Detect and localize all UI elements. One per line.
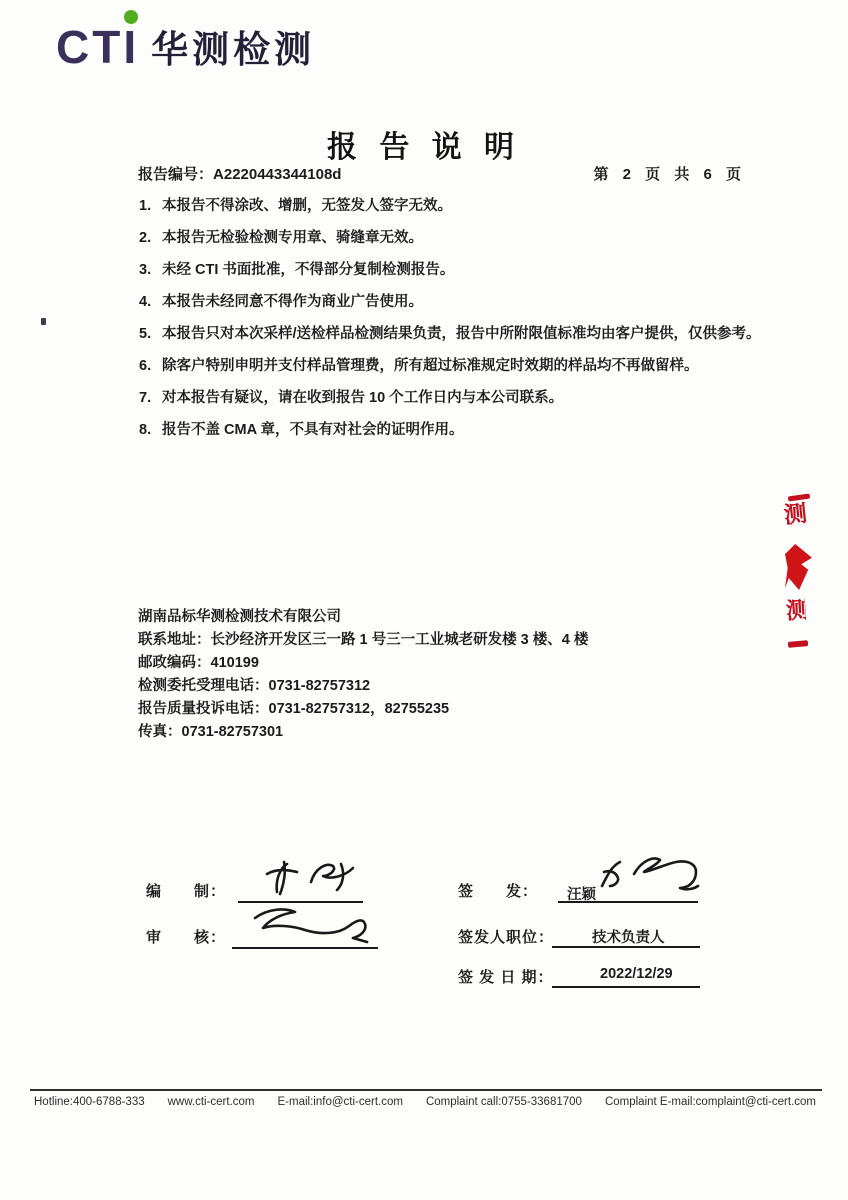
note-number: 7. — [139, 388, 153, 408]
footer-complaint-email: Complaint E-mail:complaint@cti-cert.com — [605, 1096, 816, 1108]
reviewed-by-signature — [243, 904, 373, 948]
stamp-char-bottom: 测 — [785, 598, 810, 623]
note-text: 对本报告有疑议，请在收到报告 10 个工作日内与本公司联系。 — [162, 388, 563, 408]
note-item: 2.本报告无检验检测专用章、骑缝章无效。 — [139, 228, 779, 260]
report-number-label: 报告编号： — [138, 166, 213, 183]
footer-hotline: Hotline:400-6788-333 — [34, 1096, 145, 1108]
note-item: 6.除客户特别申明并支付样品管理费，所有超过标准规定时效期的样品均不再做留样。 — [139, 356, 779, 388]
footer-contact-row: Hotline:400-6788-333 www.cti-cert.com E-… — [34, 1096, 816, 1108]
company-contact-block: 湖南品标华测检测技术有限公司 联系地址：长沙经济开发区三一路 1 号三一工业城老… — [138, 606, 588, 744]
company-name: 湖南品标华测检测技术有限公司 — [138, 606, 588, 629]
company-postcode: 邮政编码：410199 — [138, 652, 588, 675]
prepared-by-signature — [253, 856, 368, 902]
company-fax: 传真：0731-82757301 — [138, 721, 588, 744]
company-complaint-phone: 报告质量投诉电话：0731-82757312，82755235 — [138, 698, 588, 721]
cti-logo-i: I — [123, 21, 139, 73]
note-text: 未经 CTI 书面批准，不得部分复制检测报告。 — [162, 260, 454, 280]
footer-complaint-call: Complaint call:0755-33681700 — [426, 1096, 582, 1108]
issuer-title-line — [552, 924, 700, 948]
note-number: 5. — [139, 324, 153, 344]
issuer-title-label: 签发人职位： — [458, 926, 554, 947]
logo-green-dot-icon — [124, 10, 138, 24]
note-text: 本报告未经同意不得作为商业广告使用。 — [162, 292, 423, 312]
note-item: 8.报告不盖 CMA 章，不具有对社会的证明作用。 — [139, 420, 779, 452]
company-address: 联系地址：长沙经济开发区三一路 1 号三一工业城老研发楼 3 楼、4 楼 — [138, 629, 588, 652]
report-number: 报告编号：A2220443344108d — [138, 163, 341, 184]
note-text: 本报告不得涂改、增删，无签发人签字无效。 — [162, 196, 452, 216]
footer-divider — [30, 1089, 822, 1091]
note-text: 除客户特别申明并支付样品管理费，所有超过标准规定时效期的样品均不再做留样。 — [162, 356, 699, 376]
note-item: 1.本报告不得涂改、增删，无签发人签字无效。 — [139, 196, 779, 228]
stamp-star-fragment-icon — [785, 544, 812, 590]
note-item: 5.本报告只对本次采样/送检样品检测结果负责，报告中所附限值标准均由客户提供，仅… — [139, 324, 779, 356]
note-number: 6. — [139, 356, 153, 376]
page-info: 第 2 页 共 6 页 — [593, 163, 746, 184]
meta-row: 报告编号：A2220443344108d 第 2 页 共 6 页 — [138, 163, 746, 184]
page-title: 报 告 说 明 — [0, 122, 848, 166]
stamp-fragment-char-icon: 测 — [783, 502, 808, 528]
note-text: 报告不盖 CMA 章，不具有对社会的证明作用。 — [162, 420, 464, 440]
note-number: 1. — [139, 196, 153, 216]
issue-date-line — [552, 964, 700, 988]
cti-logo-ct: CT — [56, 21, 123, 73]
note-item: 4.本报告未经同意不得作为商业广告使用。 — [139, 292, 779, 324]
note-item: 3.未经 CTI 书面批准，不得部分复制检测报告。 — [139, 260, 779, 292]
note-number: 4. — [139, 292, 153, 312]
cti-logo-letters: CTI — [56, 24, 139, 70]
company-accept-phone: 检测委托受理电话：0731-82757312 — [138, 675, 588, 698]
report-notes-list: 1.本报告不得涂改、增删，无签发人签字无效。 2.本报告无检验检测专用章、骑缝章… — [139, 196, 779, 452]
note-number: 8. — [139, 420, 153, 440]
prepared-by-label: 编 制： — [146, 880, 226, 901]
stamp-char-top: 测 — [783, 502, 808, 527]
scan-speck — [41, 318, 46, 325]
stamp-fragment-bar-icon — [788, 640, 808, 648]
stamp-fragment-char-icon: 测 — [785, 598, 810, 624]
issued-by-label: 签 发： — [458, 880, 538, 901]
report-number-value: A2220443344108d — [213, 166, 341, 183]
footer-email: E-mail:info@cti-cert.com — [278, 1096, 403, 1108]
footer-website: www.cti-cert.com — [168, 1096, 255, 1108]
note-item: 7.对本报告有疑议，请在收到报告 10 个工作日内与本公司联系。 — [139, 388, 779, 420]
cti-logo: CTI 华测检测 — [56, 24, 315, 70]
issue-date-label: 签 发 日 期： — [458, 966, 554, 987]
issued-by-signature — [594, 850, 706, 898]
scanned-report-page: CTI 华测检测 报 告 说 明 报告编号：A2220443344108d 第 … — [0, 0, 848, 1200]
note-number: 3. — [139, 260, 153, 280]
cti-logo-chinese: 华测检测 — [151, 31, 315, 70]
note-text: 本报告无检验检测专用章、骑缝章无效。 — [162, 228, 423, 248]
note-text: 本报告只对本次采样/送检样品检测结果负责，报告中所附限值标准均由客户提供，仅供参… — [162, 324, 761, 344]
note-number: 2. — [139, 228, 153, 248]
reviewed-by-label: 审 核： — [146, 926, 226, 947]
